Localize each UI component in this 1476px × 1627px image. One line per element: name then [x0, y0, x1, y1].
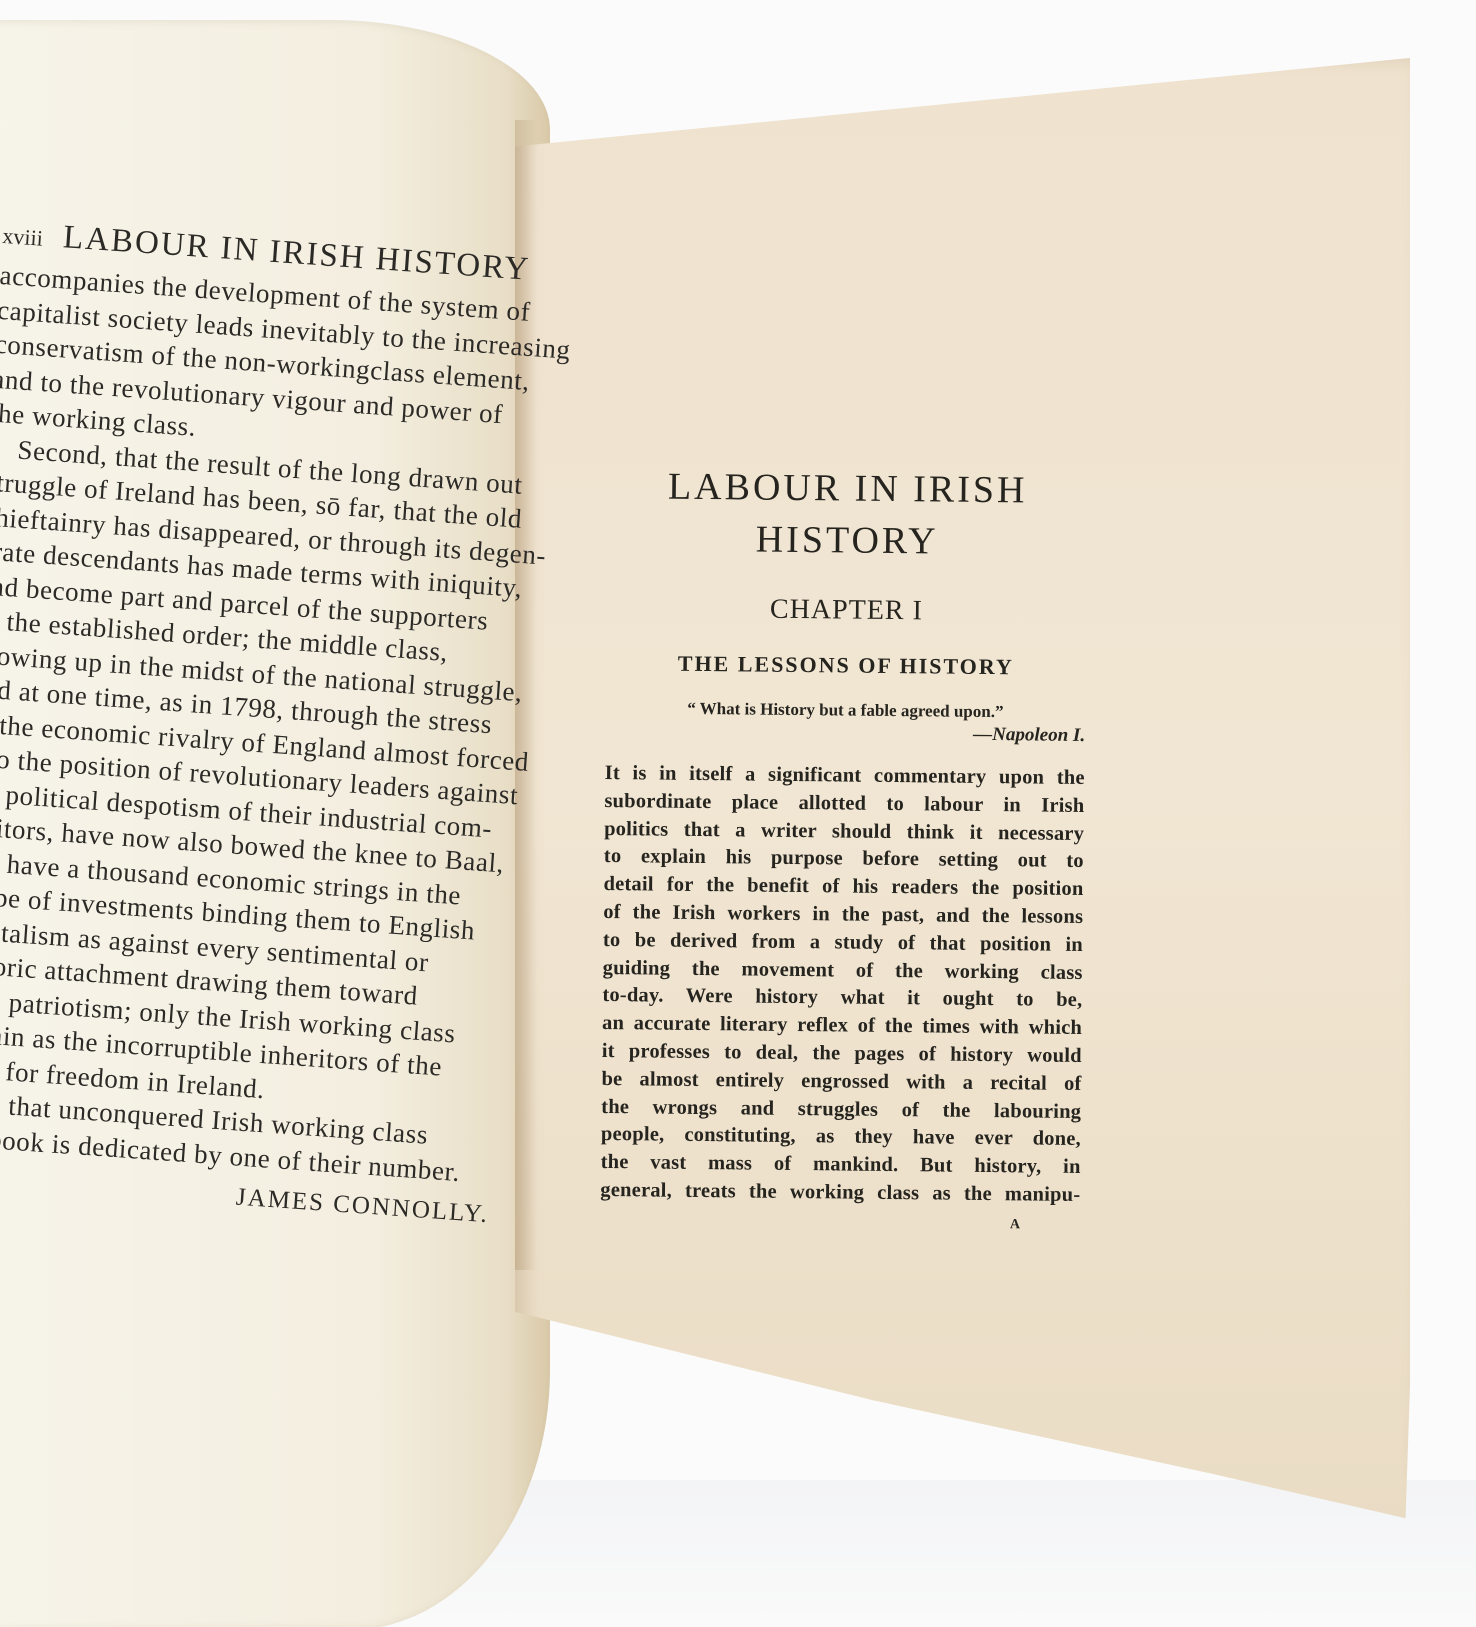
text-line: be almost entirely engrossed with a reci… — [601, 1066, 1081, 1099]
body-paragraph: It is in itself a significant commentary… — [600, 760, 1085, 1210]
page-number: xviii — [2, 223, 44, 251]
text-line: general, treats the working class as the… — [600, 1177, 1080, 1210]
book-title: LABOUR IN IRISH HISTORY — [607, 460, 1088, 569]
chapter-title: THE LESSONS OF HISTORY — [606, 650, 1086, 681]
text-line: to be derived from a study of that posit… — [603, 927, 1083, 960]
right-page-text: LABOUR IN IRISH HISTORY CHAPTER I THE LE… — [600, 460, 1088, 1234]
book-title-line: LABOUR IN IRISH — [607, 460, 1088, 517]
chapter-number: CHAPTER I — [606, 592, 1086, 629]
left-page-text: xviii LABOUR IN IRISH HISTORY accompanie… — [0, 215, 523, 1227]
epigraph: “ What is History but a fable agreed upo… — [605, 698, 1085, 723]
epigraph-attribution: —Napoleon I. — [605, 720, 1085, 747]
text-line: subordinate place allotted to labour in … — [604, 788, 1084, 821]
book-title-line: HISTORY — [607, 512, 1088, 569]
